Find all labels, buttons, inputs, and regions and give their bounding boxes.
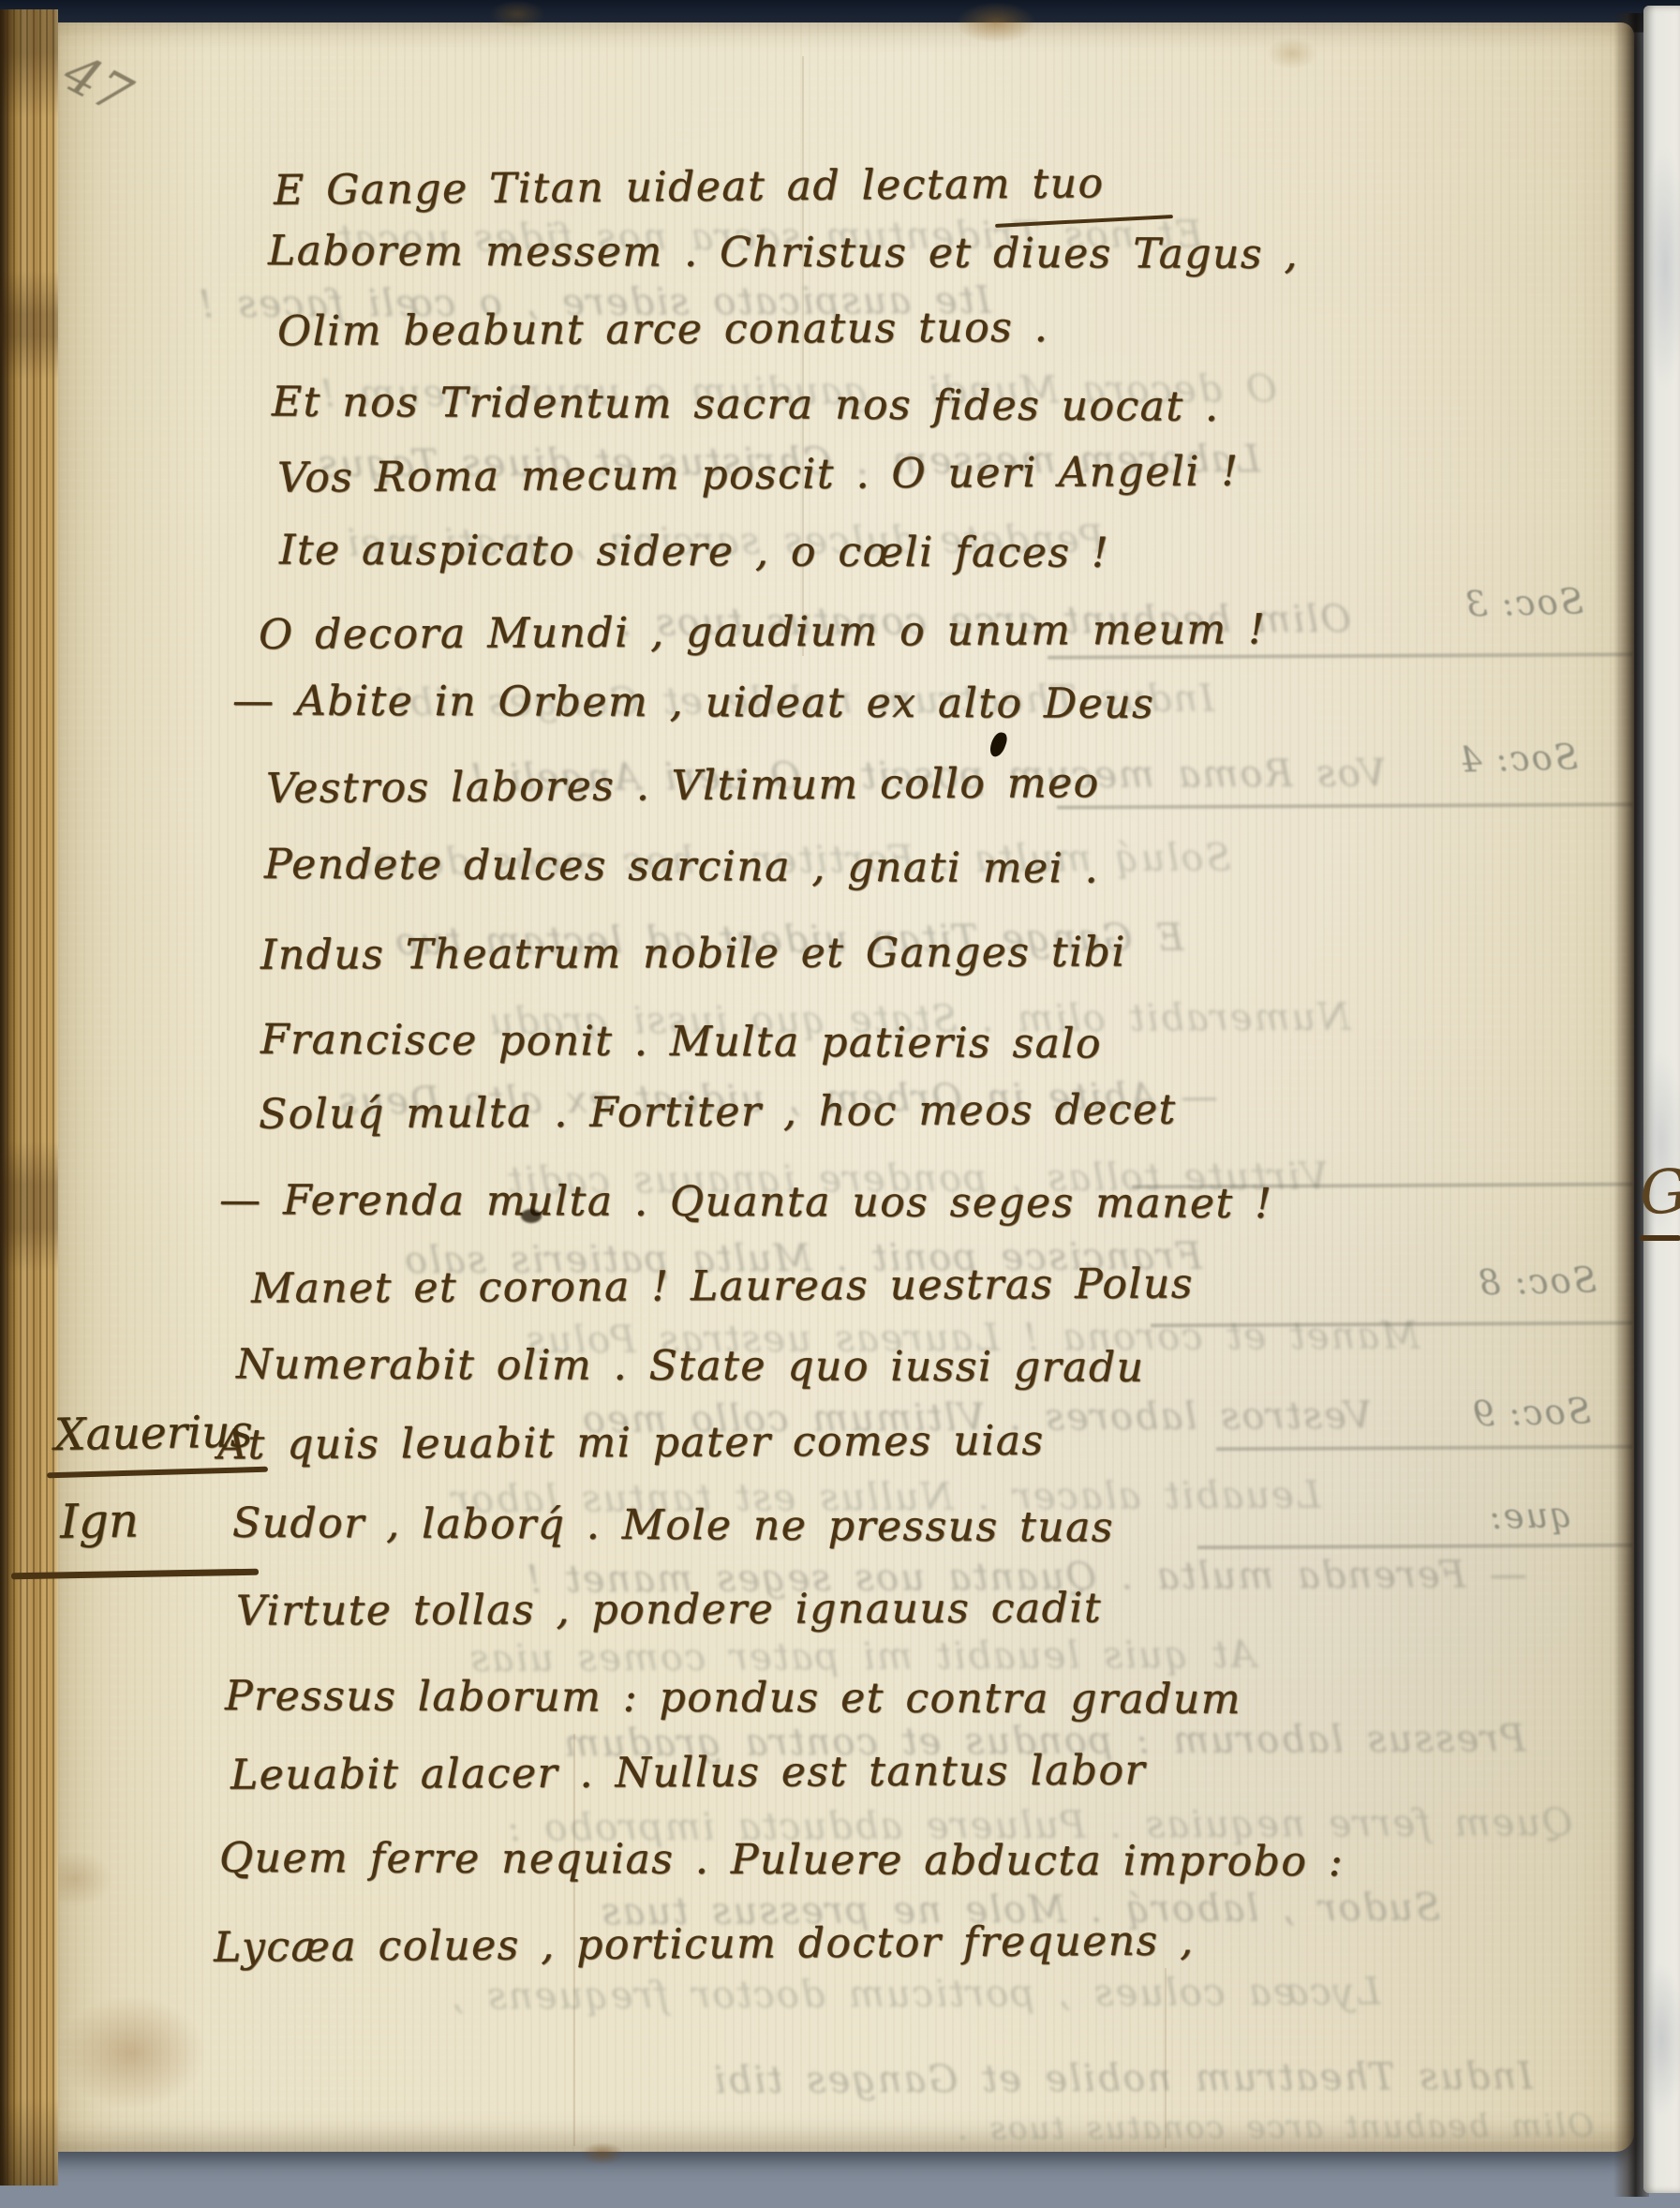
poem-line: Manet et corona ! Laureas uestras Polus [251, 1261, 1194, 1313]
book-spine-page-edges [0, 9, 58, 2186]
bleedthrough-mark: Soc: 3 [1463, 581, 1583, 624]
poem-line: Quem ferre nequias . Puluere abducta imp… [219, 1835, 1344, 1887]
poem-line: Pressus laborum : pondus et contra gradu… [225, 1673, 1241, 1723]
poem-line: Numerabit olim . State quo iussi gradu [236, 1341, 1145, 1392]
poem-line: Francisce ponit . Multa patieris salo [260, 1017, 1102, 1068]
margin-note-xauerius: Xauerius [54, 1406, 253, 1461]
poem-line: Sudor , laborq́ . Mole ne pressus tuas [232, 1500, 1114, 1553]
poem-line: Lycæa colues , porticum doctor frequens … [214, 1917, 1195, 1972]
margin-note-ign: Ign [60, 1493, 140, 1548]
bleedthrough-ghost-line: Olim beabunt arce conatus tuos . [956, 2107, 1594, 2148]
poem-line: At quis leuabit mi pater comes uias [217, 1418, 1045, 1470]
poem-line: Leuabit alacer . Nullus est tantus labor [230, 1747, 1146, 1799]
bleedthrough-mark: Soc: 4 [1457, 737, 1578, 780]
poem-line: Pendete dulces sarcina , gnati mei . [264, 842, 1099, 893]
poem-line: Et nos Tridentum sacra nos fides uocat . [272, 379, 1220, 431]
facing-page-initial: G [1637, 1156, 1680, 1229]
poem-line: Indus Theatrum nobile et Ganges tibi [260, 929, 1126, 979]
bleedthrough-mark: Soc: 9 [1470, 1391, 1591, 1434]
poem-line: Vos Roma mecum poscit . O ueri Angeli ! [277, 448, 1240, 502]
poem-line: — Abite in Orbem , uideat ex alto Deus [232, 678, 1154, 728]
bleedthrough-ghost-line: Indus Theatrum nobile et Ganges tibi [712, 2055, 1533, 2103]
poem-line: E Gange Titan uideat ad lectam tuo [274, 160, 1105, 215]
bleedthrough-ghost-line: Lycæa colues , porticum doctor frequens … [450, 1970, 1381, 2018]
poem-line: Ite auspicato sidere , o cœli faces ! [279, 527, 1109, 577]
poem-line: Vestros labores . Vltimum collo meo [266, 760, 1100, 813]
ink-blot [521, 1209, 542, 1223]
facing-page-underline [1640, 1235, 1680, 1241]
poem-line: O decora Mundi , gaudium o unum meum ! [259, 606, 1267, 659]
poem-line: Soluq́ multa . Fortiter , hoc meos decet [259, 1086, 1177, 1139]
poem-line: Laborem messem . Christus et diues Tagus… [268, 228, 1299, 278]
bleedthrough-mark: que: [1487, 1495, 1572, 1537]
manuscript-scan: { "page": { "number": "47", "poem_lines"… [0, 0, 1680, 2208]
poem-line: Olim beabunt arce conatus tuos . [277, 305, 1048, 356]
poem-line: — Ferenda multa . Quanta uos seges manet… [219, 1177, 1272, 1229]
facing-page-edge [1643, 6, 1680, 2193]
poem-line: Virtute tollas , pondere ignauus cadit [236, 1585, 1102, 1635]
bleedthrough-mark: Soc: 8 [1476, 1260, 1597, 1303]
